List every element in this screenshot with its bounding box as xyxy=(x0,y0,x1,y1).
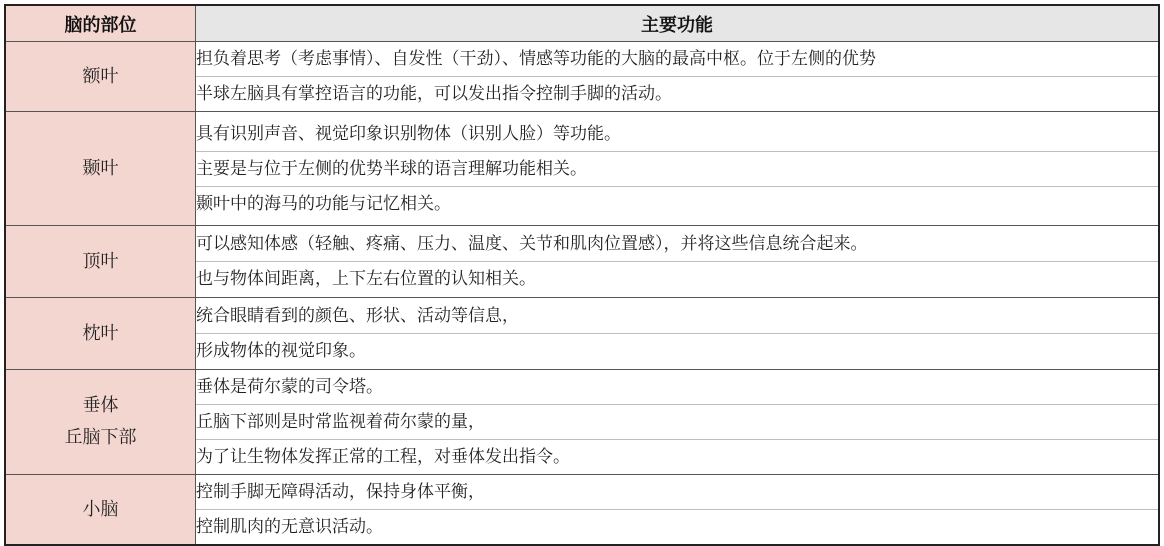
part-label: 额叶 xyxy=(6,61,195,93)
part-label: 垂体 xyxy=(6,390,195,422)
header-row: 脑的部位 主要功能 xyxy=(5,5,1159,42)
function-line: 主要是与位于左侧的优势半球的语言理解功能相关。 xyxy=(196,152,1158,187)
part-cell: 枕叶 xyxy=(5,298,196,370)
function-line: 控制手脚无障碍活动，保持身体平衡， xyxy=(196,475,1158,510)
function-cell: 垂体是荷尔蒙的司令塔。 丘脑下部则是时常监视着荷尔蒙的量， 为了让生物体发挥正常… xyxy=(196,370,1160,475)
function-line: 半球左脑具有掌控语言的功能，可以发出指令控制手脚的活动。 xyxy=(196,77,1158,111)
function-cell: 担负着思考（考虑事情）、自发性（干劲）、情感等功能的大脑的最高中枢。位于左侧的优… xyxy=(196,42,1160,112)
header-part: 脑的部位 xyxy=(5,5,196,42)
function-line: 形成物体的视觉印象。 xyxy=(196,334,1158,368)
header-function: 主要功能 xyxy=(196,5,1160,42)
part-label: 小脑 xyxy=(6,494,195,526)
part-cell: 额叶 xyxy=(5,42,196,112)
function-line: 担负着思考（考虑事情）、自发性（干劲）、情感等功能的大脑的最高中枢。位于左侧的优… xyxy=(196,42,1158,77)
function-line: 颞叶中的海马的功能与记忆相关。 xyxy=(196,187,1158,221)
part-cell: 小脑 xyxy=(5,475,196,541)
function-line: 可以感知体感（轻触、疼痛、压力、温度、关节和肌肉位置感），并将这些信息统合起来。 xyxy=(196,227,1158,262)
table-row: 垂体 丘脑下部 垂体是荷尔蒙的司令塔。 丘脑下部则是时常监视着荷尔蒙的量， 为了… xyxy=(5,370,1159,475)
part-cell: 垂体 丘脑下部 xyxy=(5,370,196,475)
part-cell: 颞叶 xyxy=(5,112,196,226)
function-cell: 控制手脚无障碍活动，保持身体平衡， 控制肌肉的无意识活动。 xyxy=(196,475,1160,541)
table-row: 顶叶 可以感知体感（轻触、疼痛、压力、温度、关节和肌肉位置感），并将这些信息统合… xyxy=(5,226,1159,298)
function-line: 统合眼睛看到的颜色、形状、活动等信息， xyxy=(196,299,1158,334)
part-label: 顶叶 xyxy=(6,246,195,278)
part-label: 丘脑下部 xyxy=(6,422,195,454)
function-line: 具有识别声音、视觉印象识别物体（识别人脸）等功能。 xyxy=(196,117,1158,152)
table-row: 颞叶 具有识别声音、视觉印象识别物体（识别人脸）等功能。 主要是与位于左侧的优势… xyxy=(5,112,1159,226)
table-row: 小脑 控制手脚无障碍活动，保持身体平衡， 控制肌肉的无意识活动。 xyxy=(5,475,1159,541)
part-label: 颞叶 xyxy=(6,153,195,185)
part-label: 枕叶 xyxy=(6,318,195,350)
function-line: 控制肌肉的无意识活动。 xyxy=(196,510,1158,540)
table-row: 枕叶 统合眼睛看到的颜色、形状、活动等信息， 形成物体的视觉印象。 xyxy=(5,298,1159,370)
brain-functions-table: 脑的部位 主要功能 额叶 担负着思考（考虑事情）、自发性（干劲）、情感等功能的大… xyxy=(4,4,1160,540)
function-line: 也与物体间距离，上下左右位置的认知相关。 xyxy=(196,262,1158,296)
function-line: 为了让生物体发挥正常的工程，对垂体发出指令。 xyxy=(196,440,1158,474)
part-cell: 顶叶 xyxy=(5,226,196,298)
table-row: 额叶 担负着思考（考虑事情）、自发性（干劲）、情感等功能的大脑的最高中枢。位于左… xyxy=(5,42,1159,112)
function-line: 丘脑下部则是时常监视着荷尔蒙的量， xyxy=(196,405,1158,440)
function-cell: 可以感知体感（轻触、疼痛、压力、温度、关节和肌肉位置感），并将这些信息统合起来。… xyxy=(196,226,1160,298)
function-cell: 统合眼睛看到的颜色、形状、活动等信息， 形成物体的视觉印象。 xyxy=(196,298,1160,370)
function-line: 垂体是荷尔蒙的司令塔。 xyxy=(196,370,1158,405)
function-cell: 具有识别声音、视觉印象识别物体（识别人脸）等功能。 主要是与位于左侧的优势半球的… xyxy=(196,112,1160,226)
